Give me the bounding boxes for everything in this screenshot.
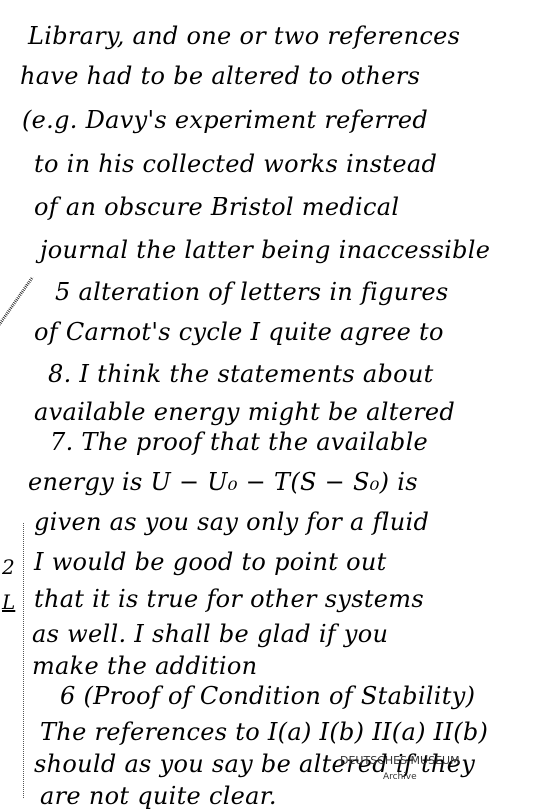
archive-stamp: DEUTSCHES MUSEUM Archive	[340, 752, 460, 784]
text-line: are not quite clear.	[40, 782, 277, 810]
margin-pencil-stroke	[0, 276, 34, 343]
text-line: The references to I(a) I(b) II(a) II(b)	[40, 718, 488, 746]
text-line: 7. The proof that the available	[50, 428, 428, 456]
text-line: I would be good to point out	[34, 548, 387, 576]
text-line: of Carnot's cycle I quite agree to	[34, 318, 444, 346]
margin-mark: L	[2, 590, 15, 614]
text-line: 5 alteration of letters in figures	[55, 278, 448, 306]
text-line: as well. I shall be glad if you	[32, 620, 388, 648]
text-line: given as you say only for a fluid	[34, 508, 429, 536]
text-line: (e.g. Davy's experiment referred	[22, 106, 428, 134]
text-line: of an obscure Bristol medical	[34, 193, 399, 221]
text-line: energy is U − U₀ − T(S − S₀) is	[28, 468, 418, 496]
stamp-subtitle: Archive	[340, 770, 460, 784]
text-line: journal the latter being inaccessible	[40, 236, 490, 264]
text-line: 8. I think the statements about	[48, 360, 434, 388]
text-line: make the addition	[32, 652, 257, 680]
text-line: Library, and one or two references	[28, 22, 460, 50]
text-line: 6 (Proof of Condition of Stability)	[60, 682, 475, 710]
stamp-title: DEUTSCHES MUSEUM	[340, 752, 460, 770]
text-line: have had to be altered to others	[20, 62, 420, 90]
text-line: to in his collected works instead	[34, 150, 437, 178]
text-line: that it is true for other systems	[34, 585, 424, 613]
margin-dotted-rule	[23, 523, 24, 798]
text-line: available energy might be altered	[34, 398, 455, 426]
document-page: Library, and one or two references have …	[0, 0, 533, 810]
margin-mark: 2	[2, 555, 15, 579]
